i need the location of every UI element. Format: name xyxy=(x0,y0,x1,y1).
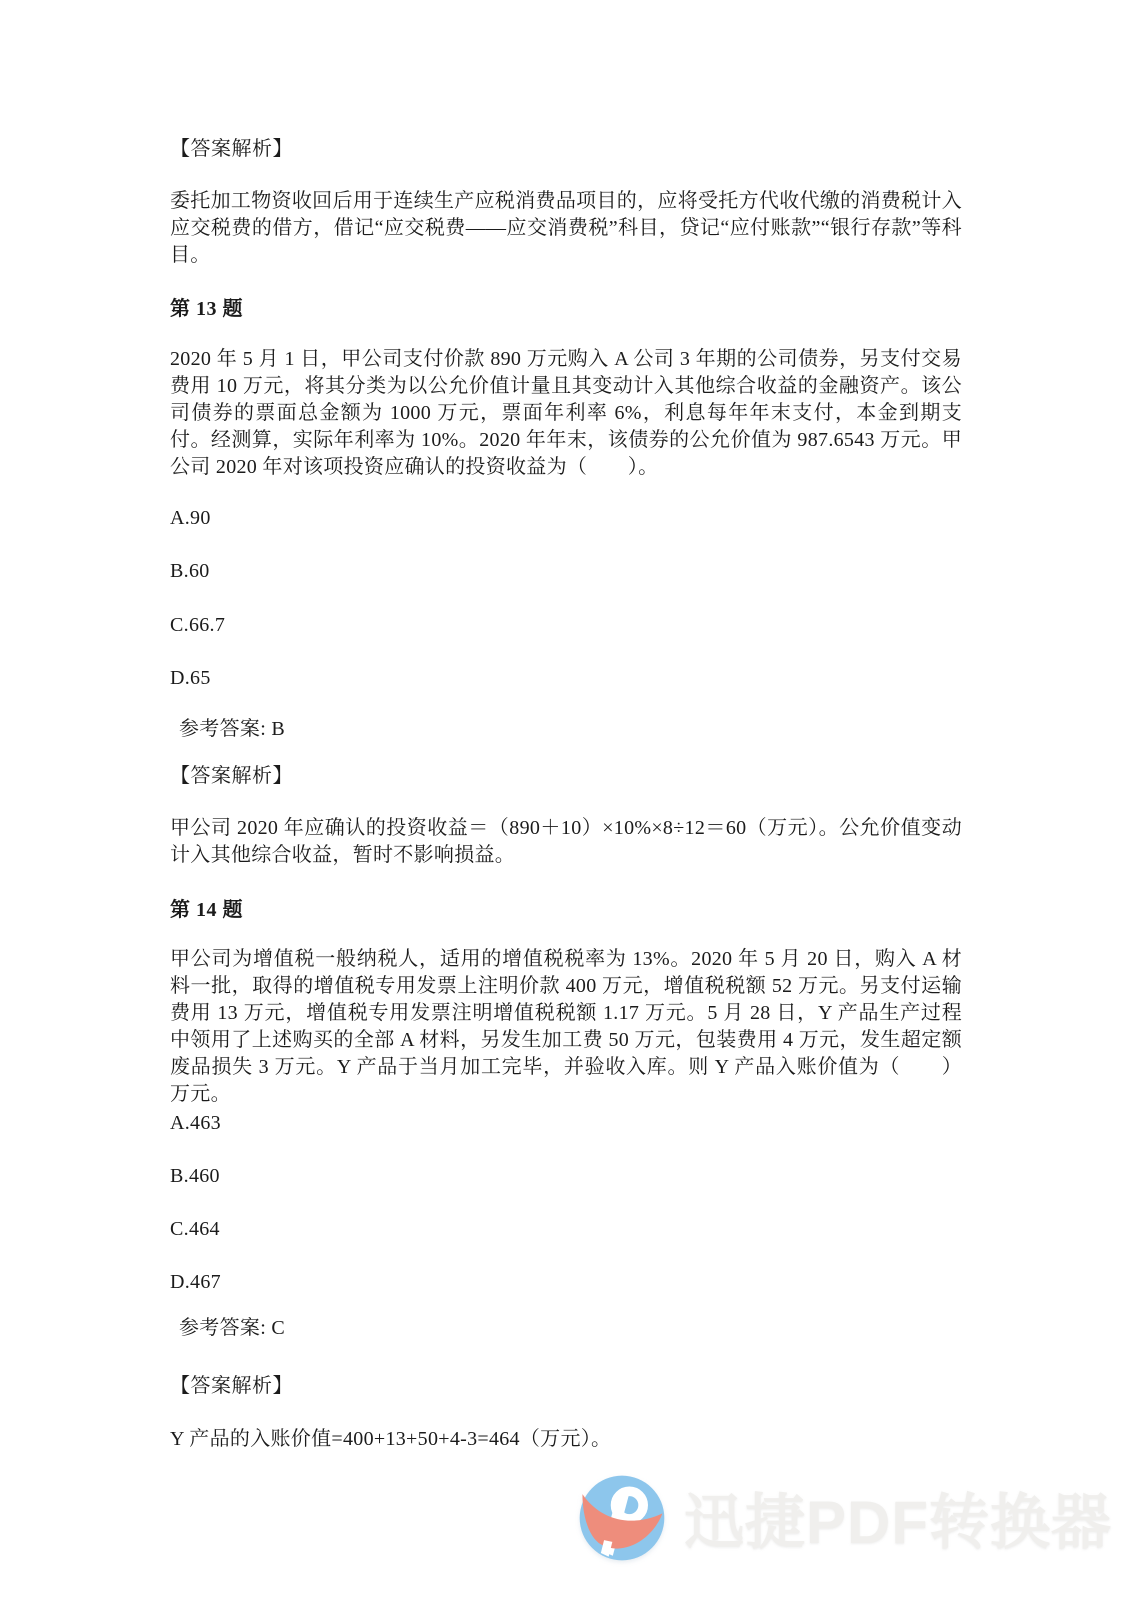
xunjie-logo-icon xyxy=(576,1472,668,1564)
logo-letter-p-bowl xyxy=(616,1491,644,1519)
question-13-body: 2020 年 5 月 1 日，甲公司支付价款 890 万元购入 A 公司 3 年… xyxy=(170,346,962,481)
question-14-option-c: C.464 xyxy=(170,1216,570,1243)
question-13-option-b: B.60 xyxy=(170,558,570,585)
question-14-option-d: D.467 xyxy=(170,1269,570,1296)
question-14-analysis-body: Y 产品的入账价值=400+13+50+4-3=464（万元）。 xyxy=(170,1426,962,1453)
question-13-title: 第 13 题 xyxy=(170,296,962,323)
question-13-reference-answer: 参考答案: B xyxy=(179,716,971,743)
pdf-converter-watermark: 迅捷PDF转换器 xyxy=(576,1472,1112,1564)
logo-letter-p-stem xyxy=(602,1490,629,1555)
question-14-title: 第 14 题 xyxy=(170,897,962,924)
logo-swoosh xyxy=(582,1494,662,1549)
question-13-analysis-body: 甲公司 2020 年应确认的投资收益＝（890＋10）×10%×8÷12＝60（… xyxy=(170,815,962,869)
analysis-heading-intro: 【答案解析】 xyxy=(170,136,962,163)
question-14-analysis-heading: 【答案解析】 xyxy=(170,1373,962,1400)
question-14-reference-answer: 参考答案: C xyxy=(179,1315,971,1342)
question-13-option-c: C.66.7 xyxy=(170,612,570,639)
logo-circle xyxy=(580,1476,665,1561)
pdf-page: 【答案解析】 委托加工物资收回后用于连续生产应税消费品项目的，应将受托方代收代缴… xyxy=(0,0,1131,1600)
watermark-text: 迅捷PDF转换器 xyxy=(684,1483,1112,1553)
question-13-option-a: A.90 xyxy=(170,505,570,532)
question-13-option-d: D.65 xyxy=(170,665,570,692)
question-14-body: 甲公司为增值税一般纳税人，适用的增值税税率为 13%。2020 年 5 月 20… xyxy=(170,946,962,1108)
logo-letter-p-stem-tip xyxy=(601,1540,613,1557)
question-14-option-a: A.463 xyxy=(170,1110,570,1137)
analysis-body-intro: 委托加工物资收回后用于连续生产应税消费品项目的，应将受托方代收代缴的消费税计入应… xyxy=(170,188,962,269)
question-13-analysis-heading: 【答案解析】 xyxy=(170,763,962,790)
question-14-option-b: B.460 xyxy=(170,1163,570,1190)
